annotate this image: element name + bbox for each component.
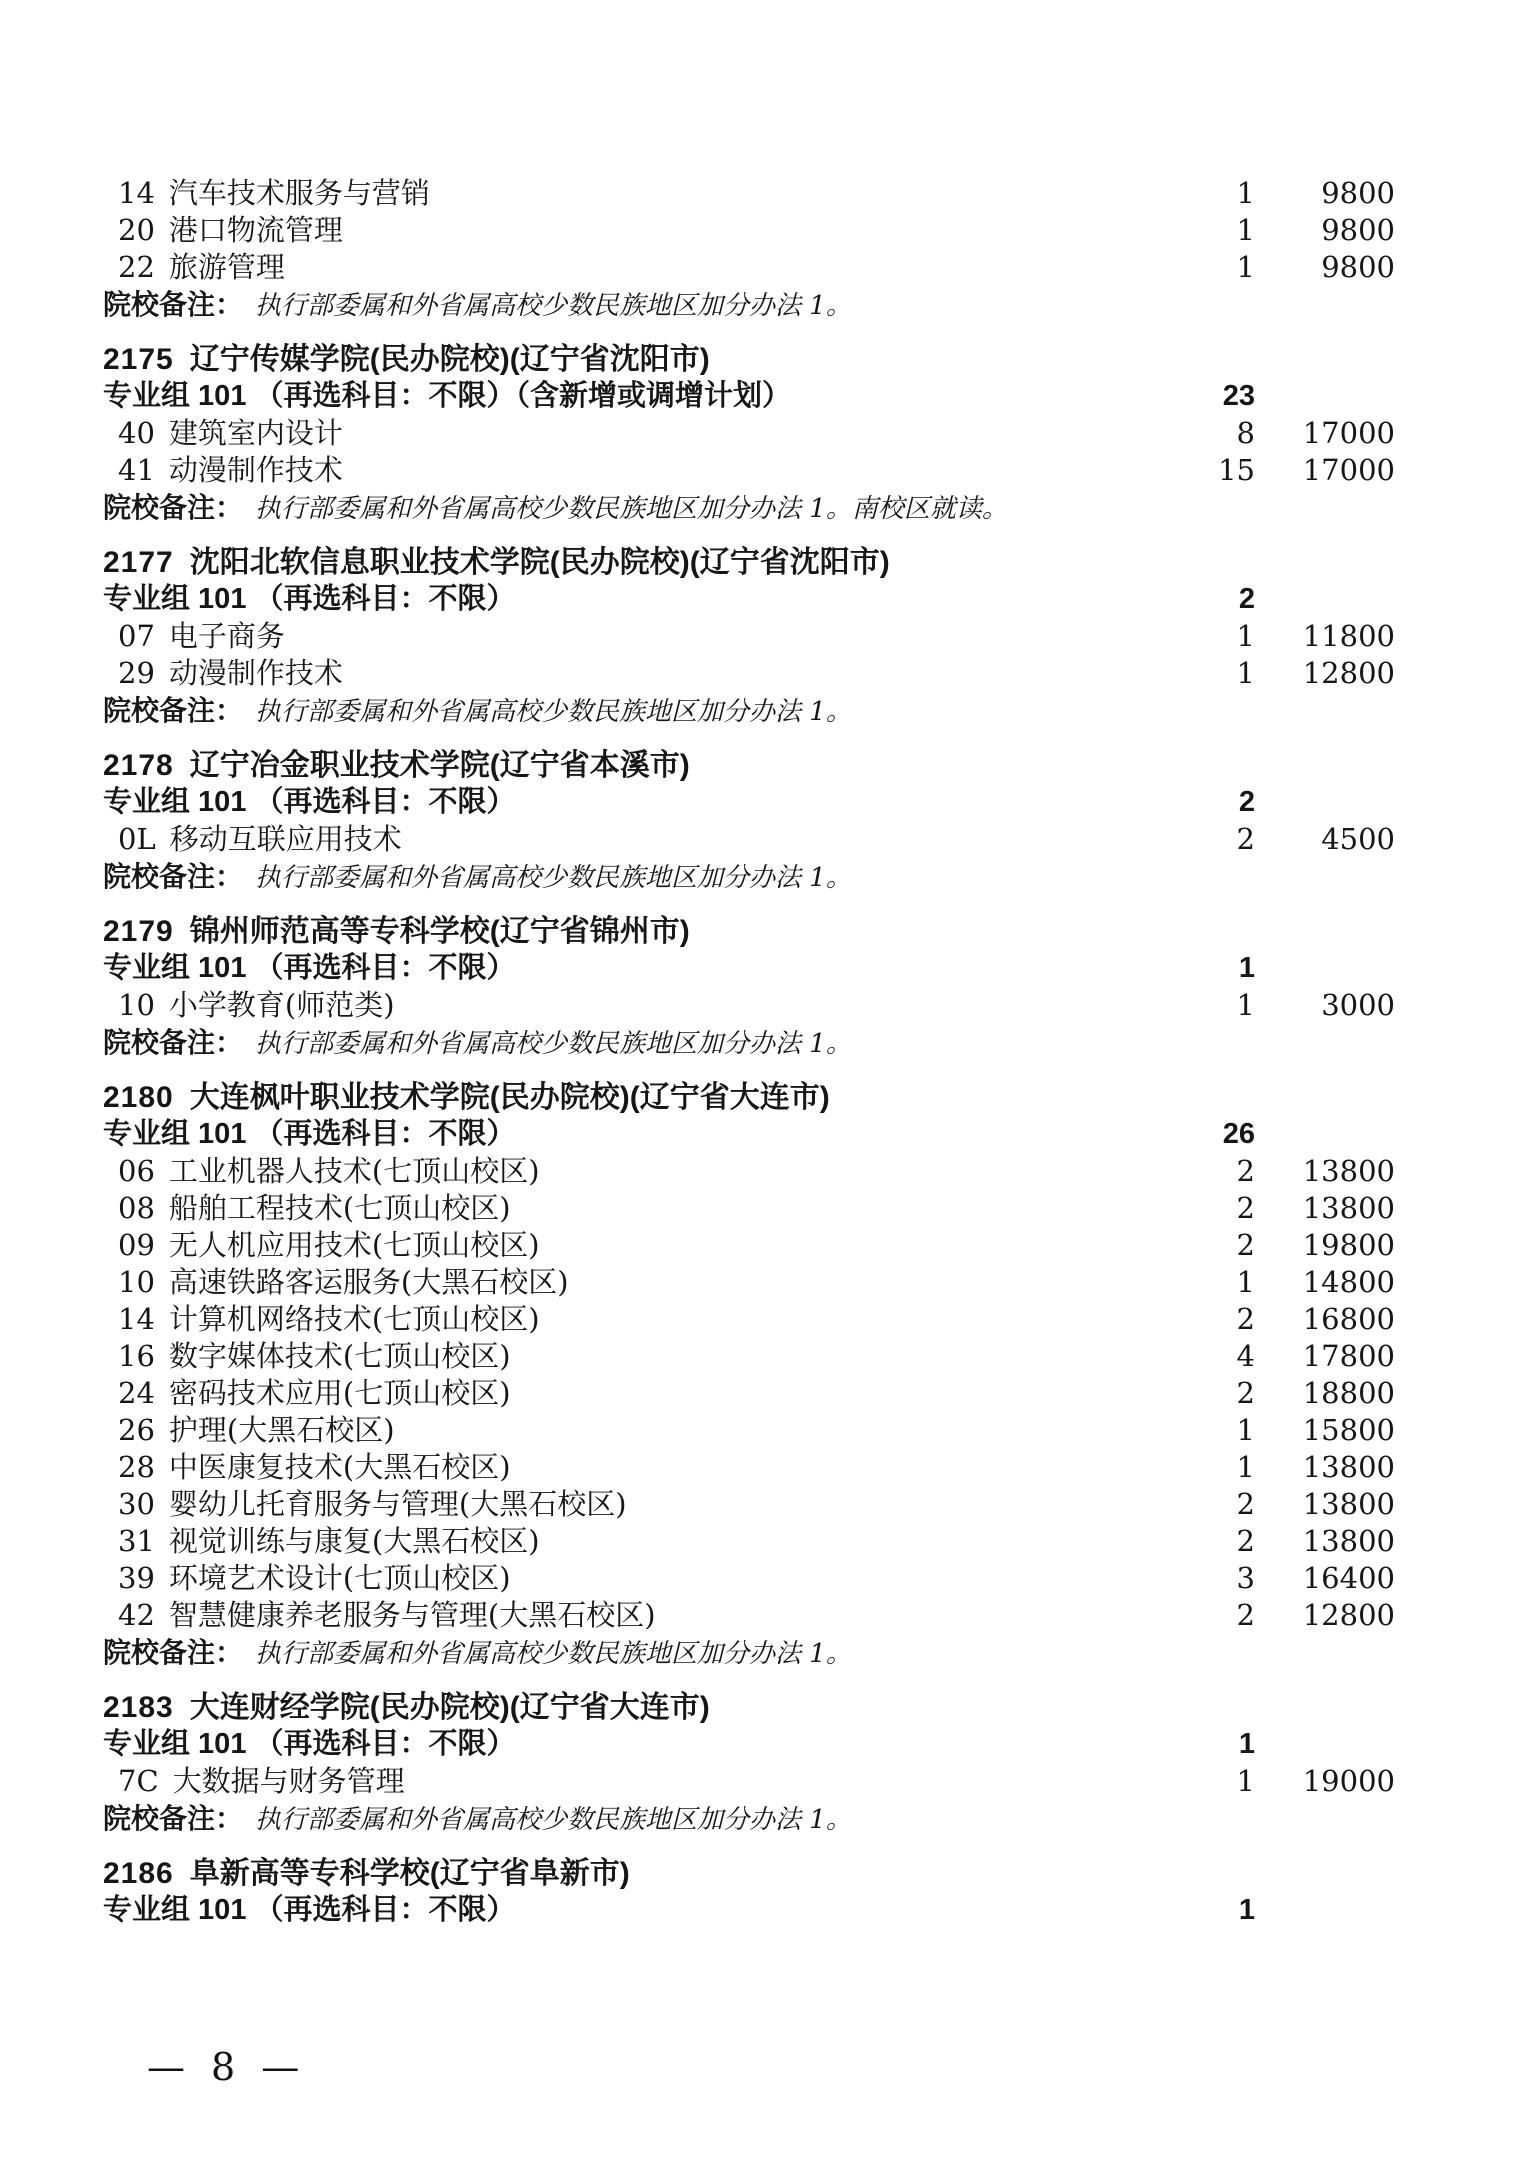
program-tuition-fee: 13800 bbox=[1255, 1523, 1395, 1560]
program-tuition-fee: 4500 bbox=[1255, 821, 1395, 858]
program-code: 29 bbox=[118, 655, 155, 692]
school-remark-row: 院校备注：执行部委属和外省属高校少数民族地区加分办法 1。 bbox=[103, 692, 1395, 729]
subject-group-row: 专业组 101 （再选科目：不限）（含新增或调增计划）23 bbox=[103, 378, 1395, 415]
group-plan-count: 23 bbox=[1135, 378, 1255, 415]
program-name-cell: 30婴幼儿托育服务与管理(大黑石校区) bbox=[103, 1486, 1135, 1523]
school-remark-row: 院校备注：执行部委属和外省属高校少数民族地区加分办法 1。 bbox=[103, 1024, 1395, 1061]
school-name: 辽宁传媒学院(民办院校)(辽宁省沈阳市) bbox=[190, 341, 710, 378]
subject-group-label: 专业组 101 （再选科目：不限）（含新增或调增计划） bbox=[103, 378, 1135, 415]
program-code: 07 bbox=[118, 618, 155, 655]
school-code: 2180 bbox=[103, 1079, 174, 1116]
program-code: 08 bbox=[118, 1190, 155, 1227]
program-name-cell: 08船舶工程技术(七顶山校区) bbox=[103, 1190, 1135, 1227]
program-name-cell: 29动漫制作技术 bbox=[103, 655, 1135, 692]
subject-group-row: 专业组 101 （再选科目：不限）2 bbox=[103, 581, 1395, 618]
program-code: 26 bbox=[118, 1412, 155, 1449]
program-tuition-fee: 3000 bbox=[1255, 987, 1395, 1024]
school-header-row: 2179锦州师范高等专科学校(辽宁省锦州市) bbox=[103, 913, 1395, 950]
remark-text: 执行部委属和外省属高校少数民族地区加分办法 1。 bbox=[255, 860, 852, 897]
program-row: 14计算机网络技术(七顶山校区)216800 bbox=[103, 1301, 1395, 1338]
program-plan-count: 2 bbox=[1135, 821, 1255, 858]
remark-text: 执行部委属和外省属高校少数民族地区加分办法 1。 bbox=[255, 1802, 852, 1839]
program-plan-count: 2 bbox=[1135, 1375, 1255, 1412]
program-name-cell: 14计算机网络技术(七顶山校区) bbox=[103, 1301, 1135, 1338]
program-row: 16数字媒体技术(七顶山校区)417800 bbox=[103, 1338, 1395, 1375]
remark-text: 执行部委属和外省属高校少数民族地区加分办法 1。 bbox=[255, 694, 852, 731]
program-tuition-fee: 15800 bbox=[1255, 1412, 1395, 1449]
school-header-row: 2180大连枫叶职业技术学院(民办院校)(辽宁省大连市) bbox=[103, 1079, 1395, 1116]
program-row: 31视觉训练与康复(大黑石校区)213800 bbox=[103, 1523, 1395, 1560]
program-plan-count: 8 bbox=[1135, 415, 1255, 452]
program-row: 08船舶工程技术(七顶山校区)213800 bbox=[103, 1190, 1395, 1227]
program-plan-count: 2 bbox=[1135, 1153, 1255, 1190]
program-name-cell: 7C大数据与财务管理 bbox=[103, 1763, 1135, 1800]
remark-text: 执行部委属和外省属高校少数民族地区加分办法 1。 bbox=[255, 288, 852, 325]
remark-label: 院校备注： bbox=[103, 1800, 243, 1837]
group-plan-count: 2 bbox=[1135, 581, 1255, 618]
program-plan-count: 2 bbox=[1135, 1301, 1255, 1338]
program-name: 建筑室内设计 bbox=[169, 416, 343, 450]
program-name-cell: 16数字媒体技术(七顶山校区) bbox=[103, 1338, 1135, 1375]
school-name: 辽宁冶金职业技术学院(辽宁省本溪市) bbox=[190, 747, 690, 784]
program-tuition-fee: 9800 bbox=[1255, 249, 1395, 286]
program-name: 智慧健康养老服务与管理(大黑石校区) bbox=[169, 1598, 656, 1632]
program-name-cell: 42智慧健康养老服务与管理(大黑石校区) bbox=[103, 1597, 1135, 1634]
group-plan-count: 1 bbox=[1135, 1892, 1255, 1929]
remark-label: 院校备注： bbox=[103, 286, 243, 323]
program-code: 16 bbox=[118, 1338, 155, 1375]
program-name: 港口物流管理 bbox=[169, 213, 343, 247]
school-code: 2179 bbox=[103, 913, 174, 950]
remark-text: 执行部委属和外省属高校少数民族地区加分办法 1。南校区就读。 bbox=[255, 491, 1008, 528]
program-name: 汽车技术服务与营销 bbox=[169, 176, 430, 210]
program-code: 14 bbox=[118, 1301, 155, 1338]
program-name-cell: 09无人机应用技术(七顶山校区) bbox=[103, 1227, 1135, 1264]
program-tuition-fee: 9800 bbox=[1255, 175, 1395, 212]
subject-group-row: 专业组 101 （再选科目：不限）1 bbox=[103, 1726, 1395, 1763]
remark-label: 院校备注： bbox=[103, 1024, 243, 1061]
program-code: 31 bbox=[118, 1523, 155, 1560]
program-row: 39环境艺术设计(七顶山校区)316400 bbox=[103, 1560, 1395, 1597]
program-code: 30 bbox=[118, 1486, 155, 1523]
program-plan-count: 2 bbox=[1135, 1227, 1255, 1264]
school-section: 2180大连枫叶职业技术学院(民办院校)(辽宁省大连市)专业组 101 （再选科… bbox=[103, 1079, 1395, 1671]
program-row: 30婴幼儿托育服务与管理(大黑石校区)213800 bbox=[103, 1486, 1395, 1523]
program-row: 20港口物流管理19800 bbox=[103, 212, 1395, 249]
program-row: 22旅游管理19800 bbox=[103, 249, 1395, 286]
program-plan-count: 4 bbox=[1135, 1338, 1255, 1375]
program-tuition-fee: 19800 bbox=[1255, 1227, 1395, 1264]
school-section: 2179锦州师范高等专科学校(辽宁省锦州市)专业组 101 （再选科目：不限）1… bbox=[103, 913, 1395, 1061]
school-code: 2186 bbox=[103, 1855, 174, 1892]
program-row: 26护理(大黑石校区)115800 bbox=[103, 1412, 1395, 1449]
remark-label: 院校备注： bbox=[103, 858, 243, 895]
subject-group-row: 专业组 101 （再选科目：不限）2 bbox=[103, 784, 1395, 821]
program-row: 42智慧健康养老服务与管理(大黑石校区)212800 bbox=[103, 1597, 1395, 1634]
school-header-row: 2186阜新高等专科学校(辽宁省阜新市) bbox=[103, 1855, 1395, 1892]
subject-group-row: 专业组 101 （再选科目：不限）1 bbox=[103, 950, 1395, 987]
school-section: 2175辽宁传媒学院(民办院校)(辽宁省沈阳市)专业组 101 （再选科目：不限… bbox=[103, 341, 1395, 526]
program-tuition-fee: 13800 bbox=[1255, 1449, 1395, 1486]
program-name-cell: 24密码技术应用(七顶山校区) bbox=[103, 1375, 1135, 1412]
program-name: 高速铁路客运服务(大黑石校区) bbox=[169, 1265, 569, 1299]
program-plan-count: 1 bbox=[1135, 987, 1255, 1024]
school-header-row: 2175辽宁传媒学院(民办院校)(辽宁省沈阳市) bbox=[103, 341, 1395, 378]
program-row: 07电子商务111800 bbox=[103, 618, 1395, 655]
program-plan-count: 1 bbox=[1135, 175, 1255, 212]
school-header-row: 2177沈阳北软信息职业技术学院(民办院校)(辽宁省沈阳市) bbox=[103, 544, 1395, 581]
program-name: 移动互联应用技术 bbox=[170, 822, 402, 856]
program-row: 10小学教育(师范类)13000 bbox=[103, 987, 1395, 1024]
program-tuition-fee: 11800 bbox=[1255, 618, 1395, 655]
school-name: 大连财经学院(民办院校)(辽宁省大连市) bbox=[190, 1689, 710, 1726]
subject-group-label: 专业组 101 （再选科目：不限） bbox=[103, 1726, 1135, 1763]
program-name-cell: 26护理(大黑石校区) bbox=[103, 1412, 1135, 1449]
program-tuition-fee: 14800 bbox=[1255, 1264, 1395, 1301]
program-name: 中医康复技术(大黑石校区) bbox=[169, 1450, 511, 1484]
program-plan-count: 1 bbox=[1135, 212, 1255, 249]
program-name-cell: 40建筑室内设计 bbox=[103, 415, 1135, 452]
program-code: 09 bbox=[118, 1227, 155, 1264]
program-name-cell: 20港口物流管理 bbox=[103, 212, 1135, 249]
school-header-row: 2183大连财经学院(民办院校)(辽宁省大连市) bbox=[103, 1689, 1395, 1726]
school-section: 2183大连财经学院(民办院校)(辽宁省大连市)专业组 101 （再选科目：不限… bbox=[103, 1689, 1395, 1837]
program-code: 28 bbox=[118, 1449, 155, 1486]
program-tuition-fee: 19000 bbox=[1255, 1763, 1395, 1800]
program-code: 41 bbox=[118, 452, 155, 489]
program-plan-count: 1 bbox=[1135, 1449, 1255, 1486]
program-plan-count: 1 bbox=[1135, 655, 1255, 692]
program-code: 24 bbox=[118, 1375, 155, 1412]
program-tuition-fee: 13800 bbox=[1255, 1486, 1395, 1523]
subject-group-label: 专业组 101 （再选科目：不限） bbox=[103, 1892, 1135, 1929]
footer-dash-right: — bbox=[261, 2046, 299, 2088]
program-row: 28中医康复技术(大黑石校区)113800 bbox=[103, 1449, 1395, 1486]
program-code: 40 bbox=[118, 415, 155, 452]
program-plan-count: 2 bbox=[1135, 1190, 1255, 1227]
school-header-row: 2178辽宁冶金职业技术学院(辽宁省本溪市) bbox=[103, 747, 1395, 784]
program-tuition-fee: 12800 bbox=[1255, 655, 1395, 692]
group-plan-count: 1 bbox=[1135, 1726, 1255, 1763]
program-plan-count: 3 bbox=[1135, 1560, 1255, 1597]
program-name-cell: 28中医康复技术(大黑石校区) bbox=[103, 1449, 1135, 1486]
program-plan-count: 1 bbox=[1135, 1763, 1255, 1800]
program-plan-count: 2 bbox=[1135, 1523, 1255, 1560]
program-tuition-fee: 16800 bbox=[1255, 1301, 1395, 1338]
program-plan-count: 15 bbox=[1135, 452, 1255, 489]
program-name: 小学教育(师范类) bbox=[169, 988, 395, 1022]
program-name: 船舶工程技术(七顶山校区) bbox=[169, 1191, 511, 1225]
program-tuition-fee: 16400 bbox=[1255, 1560, 1395, 1597]
program-name: 婴幼儿托育服务与管理(大黑石校区) bbox=[169, 1487, 627, 1521]
program-row: 0L移动互联应用技术24500 bbox=[103, 821, 1395, 858]
subject-group-label: 专业组 101 （再选科目：不限） bbox=[103, 581, 1135, 618]
remark-label: 院校备注： bbox=[103, 692, 243, 729]
subject-group-label: 专业组 101 （再选科目：不限） bbox=[103, 784, 1135, 821]
program-name-cell: 22旅游管理 bbox=[103, 249, 1135, 286]
subject-group-row: 专业组 101 （再选科目：不限）26 bbox=[103, 1116, 1395, 1153]
program-name-cell: 31视觉训练与康复(大黑石校区) bbox=[103, 1523, 1135, 1560]
program-code: 10 bbox=[118, 987, 155, 1024]
program-name: 动漫制作技术 bbox=[169, 656, 343, 690]
school-code: 2175 bbox=[103, 341, 174, 378]
remark-text: 执行部委属和外省属高校少数民族地区加分办法 1。 bbox=[255, 1026, 852, 1063]
school-name: 阜新高等专科学校(辽宁省阜新市) bbox=[190, 1855, 630, 1892]
school-section: 2178辽宁冶金职业技术学院(辽宁省本溪市)专业组 101 （再选科目：不限）2… bbox=[103, 747, 1395, 895]
program-name: 大数据与财务管理 bbox=[173, 1764, 405, 1798]
program-name: 数字媒体技术(七顶山校区) bbox=[169, 1339, 511, 1373]
program-name-cell: 14汽车技术服务与营销 bbox=[103, 175, 1135, 212]
school-remark-row: 院校备注：执行部委属和外省属高校少数民族地区加分办法 1。 bbox=[103, 286, 1395, 323]
program-row: 41动漫制作技术1517000 bbox=[103, 452, 1395, 489]
program-code: 0L bbox=[118, 821, 156, 858]
subject-group-row: 专业组 101 （再选科目：不限）1 bbox=[103, 1892, 1395, 1929]
program-tuition-fee: 9800 bbox=[1255, 212, 1395, 249]
admission-plan-list: 14汽车技术服务与营销1980020港口物流管理1980022旅游管理19800… bbox=[103, 175, 1395, 1929]
page-footer: — 8 — bbox=[147, 2046, 299, 2088]
program-name-cell: 39环境艺术设计(七顶山校区) bbox=[103, 1560, 1135, 1597]
program-plan-count: 1 bbox=[1135, 249, 1255, 286]
school-name: 大连枫叶职业技术学院(民办院校)(辽宁省大连市) bbox=[190, 1079, 830, 1116]
program-name: 视觉训练与康复(大黑石校区) bbox=[169, 1524, 540, 1558]
program-name: 计算机网络技术(七顶山校区) bbox=[169, 1302, 540, 1336]
program-tuition-fee: 13800 bbox=[1255, 1190, 1395, 1227]
school-remark-row: 院校备注：执行部委属和外省属高校少数民族地区加分办法 1。 bbox=[103, 1800, 1395, 1837]
group-plan-count: 1 bbox=[1135, 950, 1255, 987]
program-plan-count: 2 bbox=[1135, 1486, 1255, 1523]
program-name-cell: 10高速铁路客运服务(大黑石校区) bbox=[103, 1264, 1135, 1301]
program-code: 39 bbox=[118, 1560, 155, 1597]
subject-group-label: 专业组 101 （再选科目：不限） bbox=[103, 1116, 1135, 1153]
program-code: 20 bbox=[118, 212, 155, 249]
program-name-cell: 07电子商务 bbox=[103, 618, 1135, 655]
program-name: 工业机器人技术(七顶山校区) bbox=[169, 1154, 540, 1188]
school-section: 2186阜新高等专科学校(辽宁省阜新市)专业组 101 （再选科目：不限）1 bbox=[103, 1855, 1395, 1929]
program-plan-count: 1 bbox=[1135, 1412, 1255, 1449]
program-code: 22 bbox=[118, 249, 155, 286]
program-code: 10 bbox=[118, 1264, 155, 1301]
program-name: 动漫制作技术 bbox=[169, 453, 343, 487]
program-name-cell: 06工业机器人技术(七顶山校区) bbox=[103, 1153, 1135, 1190]
program-name: 旅游管理 bbox=[169, 250, 285, 284]
program-tuition-fee: 13800 bbox=[1255, 1153, 1395, 1190]
school-remark-row: 院校备注：执行部委属和外省属高校少数民族地区加分办法 1。南校区就读。 bbox=[103, 489, 1395, 526]
program-row: 14汽车技术服务与营销19800 bbox=[103, 175, 1395, 212]
program-plan-count: 2 bbox=[1135, 1597, 1255, 1634]
program-code: 7C bbox=[118, 1763, 159, 1800]
school-code: 2178 bbox=[103, 747, 174, 784]
school-section: 2177沈阳北软信息职业技术学院(民办院校)(辽宁省沈阳市)专业组 101 （再… bbox=[103, 544, 1395, 729]
program-row: 10高速铁路客运服务(大黑石校区)114800 bbox=[103, 1264, 1395, 1301]
program-name: 密码技术应用(七顶山校区) bbox=[169, 1376, 511, 1410]
group-plan-count: 2 bbox=[1135, 784, 1255, 821]
program-tuition-fee: 17000 bbox=[1255, 415, 1395, 452]
admission-plan-document-page: 14汽车技术服务与营销1980020港口物流管理1980022旅游管理19800… bbox=[0, 0, 1517, 2172]
program-code: 06 bbox=[118, 1153, 155, 1190]
program-row: 06工业机器人技术(七顶山校区)213800 bbox=[103, 1153, 1395, 1190]
group-plan-count: 26 bbox=[1135, 1116, 1255, 1153]
program-tuition-fee: 17800 bbox=[1255, 1338, 1395, 1375]
program-row: 24密码技术应用(七顶山校区)218800 bbox=[103, 1375, 1395, 1412]
program-plan-count: 1 bbox=[1135, 1264, 1255, 1301]
program-code: 14 bbox=[118, 175, 155, 212]
footer-dash-left: — bbox=[147, 2046, 185, 2088]
program-plan-count: 1 bbox=[1135, 618, 1255, 655]
school-section: 14汽车技术服务与营销1980020港口物流管理1980022旅游管理19800… bbox=[103, 175, 1395, 323]
school-name: 锦州师范高等专科学校(辽宁省锦州市) bbox=[190, 913, 690, 950]
school-code: 2183 bbox=[103, 1689, 174, 1726]
program-row: 40建筑室内设计817000 bbox=[103, 415, 1395, 452]
page-number: 8 bbox=[211, 2046, 235, 2088]
program-name-cell: 0L移动互联应用技术 bbox=[103, 821, 1135, 858]
remark-text: 执行部委属和外省属高校少数民族地区加分办法 1。 bbox=[255, 1636, 852, 1673]
school-remark-row: 院校备注：执行部委属和外省属高校少数民族地区加分办法 1。 bbox=[103, 1634, 1395, 1671]
remark-label: 院校备注： bbox=[103, 1634, 243, 1671]
program-tuition-fee: 12800 bbox=[1255, 1597, 1395, 1634]
school-name: 沈阳北软信息职业技术学院(民办院校)(辽宁省沈阳市) bbox=[190, 544, 890, 581]
program-name: 电子商务 bbox=[169, 619, 285, 653]
program-tuition-fee: 17000 bbox=[1255, 452, 1395, 489]
program-name-cell: 41动漫制作技术 bbox=[103, 452, 1135, 489]
program-name: 无人机应用技术(七顶山校区) bbox=[169, 1228, 540, 1262]
subject-group-label: 专业组 101 （再选科目：不限） bbox=[103, 950, 1135, 987]
program-name-cell: 10小学教育(师范类) bbox=[103, 987, 1135, 1024]
school-code: 2177 bbox=[103, 544, 174, 581]
remark-label: 院校备注： bbox=[103, 489, 243, 526]
program-name: 护理(大黑石校区) bbox=[169, 1413, 395, 1447]
program-name: 环境艺术设计(七顶山校区) bbox=[169, 1561, 511, 1595]
school-remark-row: 院校备注：执行部委属和外省属高校少数民族地区加分办法 1。 bbox=[103, 858, 1395, 895]
program-row: 09无人机应用技术(七顶山校区)219800 bbox=[103, 1227, 1395, 1264]
program-row: 29动漫制作技术112800 bbox=[103, 655, 1395, 692]
program-row: 7C大数据与财务管理119000 bbox=[103, 1763, 1395, 1800]
program-code: 42 bbox=[118, 1597, 155, 1634]
program-tuition-fee: 18800 bbox=[1255, 1375, 1395, 1412]
